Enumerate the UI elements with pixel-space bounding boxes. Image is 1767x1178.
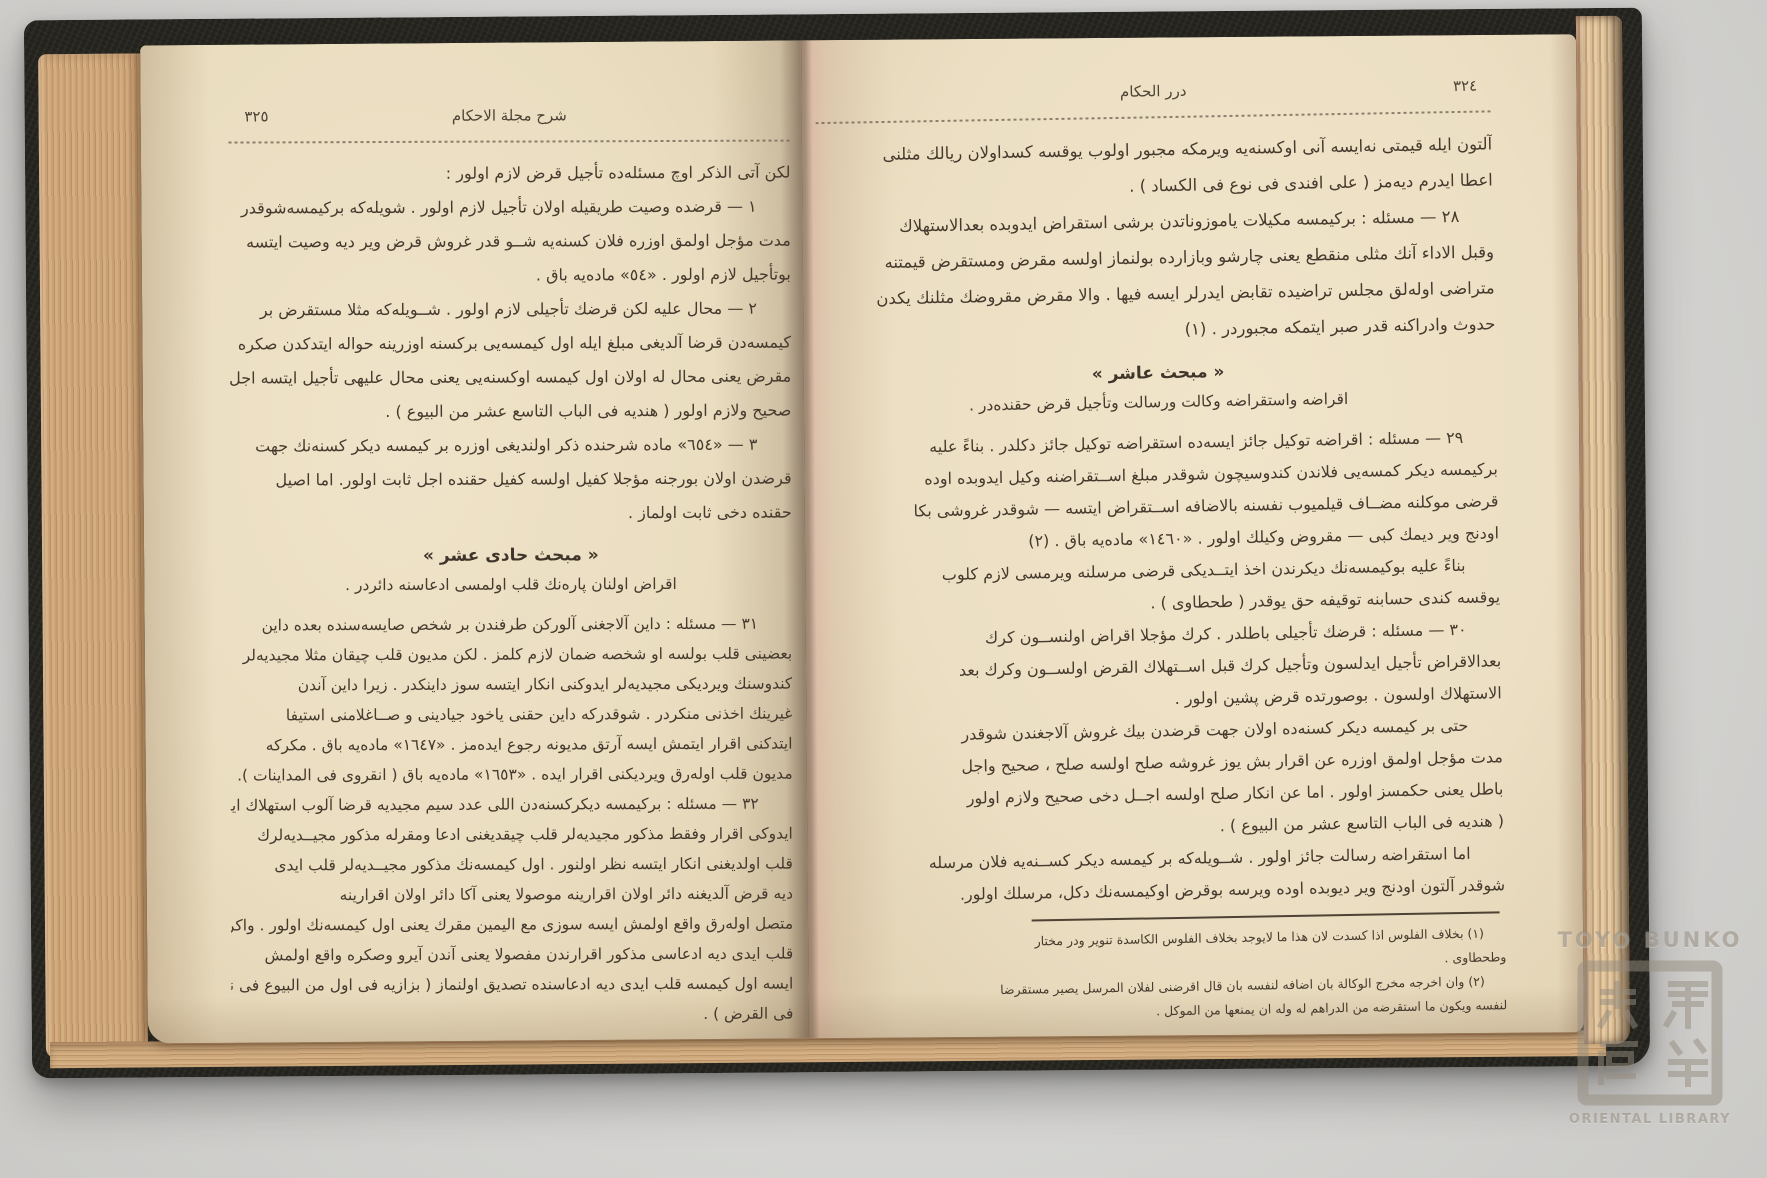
text-line: بعضينى قلب بولسه او شخصه ضمان لازم كلمز …	[230, 639, 792, 671]
text-line: مدت مؤجل اولمق اوزره فلان كسنه‌يه شــو ق…	[229, 224, 791, 260]
text-line: مقرض يعنى محال له اولان اول كيمسه اوكسنه…	[229, 360, 791, 396]
book: ٣٢٥ شرح مجلة الاحكام لكن آتى الذكر اوچ م…	[24, 8, 1650, 1079]
text-line: قلب ايدى ديه ادعاسى مذكور اقرارندن مفصول…	[231, 939, 793, 971]
right-header-title: درر الحكام	[1120, 82, 1187, 101]
footnote-rule	[1032, 911, 1500, 921]
photo-background: ٣٢٥ شرح مجلة الاحكام لكن آتى الذكر اوچ م…	[0, 0, 1767, 1178]
header-rule	[816, 110, 1492, 124]
open-pages: ٣٢٥ شرح مجلة الاحكام لكن آتى الذكر اوچ م…	[140, 34, 1584, 1043]
text-line: ايدوكى اقرار وفقط مذكور مجيديه‌لر قلب چي…	[231, 819, 793, 851]
right-page-text: درر الحكام ٣٢٤ آلتون ايله قيمتى نه‌ايسه …	[814, 34, 1507, 1029]
text-line: متصل اوله‌رق واقع اولمش ايسه سوزى مع الي…	[231, 909, 793, 941]
text-line: غيرينك اخذنى منكردر . شوقدركه داين حقنى …	[230, 699, 792, 731]
left-body-lower: ٣١ — مسئله : داين آلاجغنى آلوركن طرفندن …	[230, 609, 793, 1031]
left-running-header: ٣٢٥ شرح مجلة الاحكام	[228, 106, 790, 130]
text-line: قلب اولديغنى انكار ايتسه نظر اولنور . او…	[231, 849, 793, 881]
right-page-number: ٣٢٤	[1453, 77, 1477, 95]
watermark-bottom-text: ORIENTAL LIBRARY	[1552, 1112, 1748, 1127]
text-line: حقنده دخى ثابت اولماز .	[230, 496, 792, 532]
text-line: ٣٢ — مسئله : بركيمسه ديكركسنه‌دن اللى عد…	[231, 789, 793, 821]
text-line: فى القرض ) .	[231, 999, 793, 1031]
page-edges-right	[1576, 16, 1630, 1044]
right-body-lower: ٢٩ — مسئله : اقراضه توكيل جائز ايسه‌ده ا…	[821, 421, 1505, 913]
text-line: ديه قرض آلديغنه دائر اولان اقرارينه موصو…	[231, 879, 793, 911]
left-section-heading: « مبحث حادى عشر »	[230, 543, 792, 569]
left-page-text: ٣٢٥ شرح مجلة الاحكام لكن آتى الذكر اوچ م…	[228, 42, 793, 1031]
right-footnotes: (١) بخلاف الفلوس اذا كسدت لان هذا ما لاي…	[830, 921, 1508, 1029]
text-line: ١ — قرضده وصيت طريقيله اولان تأجيل لازم …	[229, 190, 791, 226]
text-line: ٣ — «٦٥٤» ماده شرحنده ذكر اولنديغى اوزره…	[229, 428, 791, 464]
text-line: ٢ — محال عليه لكن قرضك تأجيلى لازم اولور…	[229, 292, 791, 328]
left-section-subtitle: اقراض اولنان پاره‌نك قلب اولمسى ادعاسنه …	[230, 573, 792, 597]
text-line: قرضدن اولان بورجنه مؤجلا كفيل اولسه كفيل…	[230, 462, 792, 498]
right-section-heading: « مبحث عاشر »	[820, 355, 1496, 391]
text-line: كيمسه‌دن قرضا آلديغى مبلغ ايله اول كيمسه…	[229, 326, 791, 362]
text-line: لكن آتى الذكر اوچ مسئله‌ده تأجيل قرض لاز…	[228, 156, 790, 192]
right-running-header: درر الحكام ٣٢٤	[815, 76, 1491, 110]
text-line: صحيح ولازم اولور ( هنديه فى الباب التاسع…	[229, 394, 791, 430]
text-line: ٣١ — مسئله : داين آلاجغنى آلوركن طرفندن …	[230, 609, 792, 641]
text-line: ايتدكنى اقرار ايتمش ايسه آرتق مديونه رجو…	[230, 729, 792, 761]
text-line: مديون قلب اوله‌رق ويرديكنى اقرار ايده . …	[231, 759, 793, 791]
text-line: كندوسنك ويرديكى مجيديه‌لر ايدوكنى انكار …	[230, 669, 792, 701]
left-header-title: شرح مجلة الاحكام	[452, 106, 567, 124]
left-body-upper: لكن آتى الذكر اوچ مسئله‌ده تأجيل قرض لاز…	[228, 156, 791, 532]
right-body-upper: آلتون ايله قيمتى نه‌ايسه آنى اوكسنه‌يه و…	[816, 126, 1496, 354]
left-page-number: ٣٢٥	[244, 107, 268, 125]
right-section-subtitle: اقراضه واستقراضه وكالت ورسالت وتأجيل قرض…	[820, 385, 1496, 419]
text-line: ايسه اول كيمسه قلب ايدى ديه ادعاسنده تصد…	[231, 969, 793, 1001]
text-line: بوتأجيل لازم اولور . «٥٤» ماده‌يه باق .	[229, 258, 791, 294]
header-rule	[228, 140, 790, 144]
page-edges-left	[38, 53, 148, 1058]
